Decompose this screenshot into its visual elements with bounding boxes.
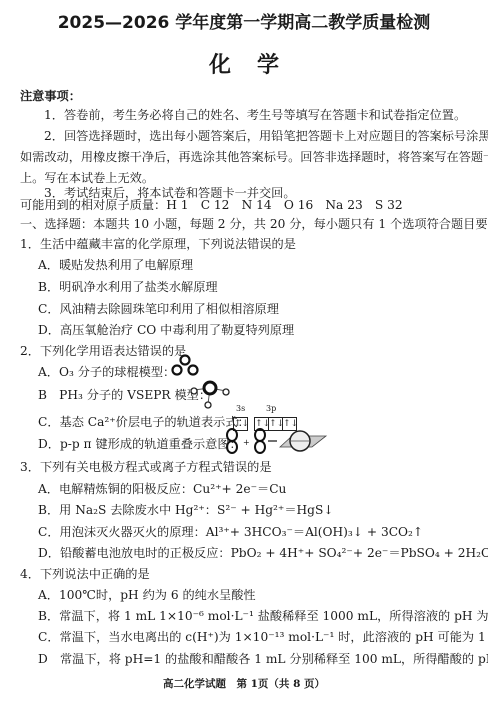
exam-title: 2025—2026 学年度第一学期高二教学质量检测	[0, 8, 488, 33]
notice-item-2-cont: 如需改动，用橡皮擦干净后，再选涂其他答案标号。回答非选择题时，将答案写在答题卡	[20, 149, 488, 165]
question-1-option-a: A．暖贴发热利用了电解原理	[38, 257, 193, 273]
question-2-stem: 2．下列化学用语表达错误的是	[20, 343, 186, 359]
page-footer: 高二化学试题 第 1页（共 8 页）	[0, 676, 488, 691]
question-2-option-b: B PH₃ 分子的 VSEPR 模型：	[38, 387, 211, 403]
question-3-option-d: D．铅酸蓄电池放电时的正极反应：PbO₂ + 4H⁺+ SO₄²⁻+ 2e⁻＝P…	[38, 545, 488, 561]
atomic-masses: 可能用到的相对原子质量：H 1 C 12 N 14 O 16 Na 23 S 3…	[20, 197, 403, 213]
notice-item-1: 1．答卷前，考生务必将自己的姓名、考生号等填写在答题卡和试卷指定位置。	[44, 107, 466, 123]
ph3-vsepr-model-icon	[188, 380, 232, 410]
question-3-option-c: C．用泡沫灭火器灭火的原理：Al³⁺+ 3HCO₃⁻＝Al(OH)₃↓ + 3C…	[38, 524, 423, 540]
notice-heading: 注意事项：	[20, 88, 81, 104]
orbital-label-3s: 3s	[236, 404, 245, 413]
o3-ball-stick-model-icon	[170, 354, 200, 378]
question-3-option-a: A．电解精炼铜的阳极反应：Cu²⁺+ 2e⁻＝Cu	[38, 481, 286, 497]
question-1-option-c: C．风油精去除圆珠笔印利用了相似相溶原理	[38, 301, 279, 317]
subject-title: 化学	[0, 48, 488, 79]
notice-item-2-cont2: 上。写在本试卷上无效。	[20, 170, 154, 186]
question-1-option-b: B．明矾净水利用了盐类水解原理	[38, 279, 218, 295]
notice-item-2: 2．回答选择题时，选出每小题答案后，用铅笔把答题卡上对应题目的答案标号涂黑。	[44, 128, 488, 144]
exam-page: 2025—2026 学年度第一学期高二教学质量检测 化学 注意事项： 1．答卷前…	[0, 0, 488, 701]
orbital-label-3p: 3p	[266, 404, 276, 413]
question-2-option-d: D．p-p π 键形成的轨道重叠示意图：	[38, 436, 242, 452]
svg-text:+: +	[243, 438, 250, 447]
section-one-heading: 一、选择题：本题共 10 小题，每题 2 分，共 20 分，每小题只有 1 个选…	[20, 216, 488, 232]
question-3-option-b: B．用 Na₂S 去除废水中 Hg²⁺：S²⁻ + Hg²⁺＝HgS↓	[38, 502, 334, 518]
question-4-stem: 4．下列说法中正确的是	[20, 566, 150, 582]
p-p-pi-overlap-diagram-icon: +	[222, 428, 328, 456]
question-4-option-d: D 常温下，将 pH=1 的盐酸和醋酸各 1 mL 分别稀释至 100 mL，所…	[38, 651, 488, 667]
question-2-option-c: C．基态 Ca²⁺价层电子的轨道表示式：	[38, 414, 250, 430]
question-2-option-a: A．O₃ 分子的球棍模型：	[38, 364, 175, 380]
question-4-option-b: B．常温下，将 1 mL 1×10⁻⁶ mol·L⁻¹ 盐酸稀释至 1000 m…	[38, 608, 488, 624]
question-4-option-c: C．常温下，当水电离出的 c(H⁺)为 1×10⁻¹³ mol·L⁻¹ 时，此溶…	[38, 629, 488, 645]
question-1-stem: 1．生活中蕴藏丰富的化学原理，下列说法错误的是	[20, 236, 296, 252]
question-4-option-a: A．100℃时，pH 约为 6 的纯水呈酸性	[38, 587, 256, 603]
question-3-stem: 3．下列有关电极方程式或离子方程式错误的是	[20, 459, 272, 475]
question-1-option-d: D．高压氧舱治疗 CO 中毒利用了勒夏特列原理	[38, 322, 294, 338]
